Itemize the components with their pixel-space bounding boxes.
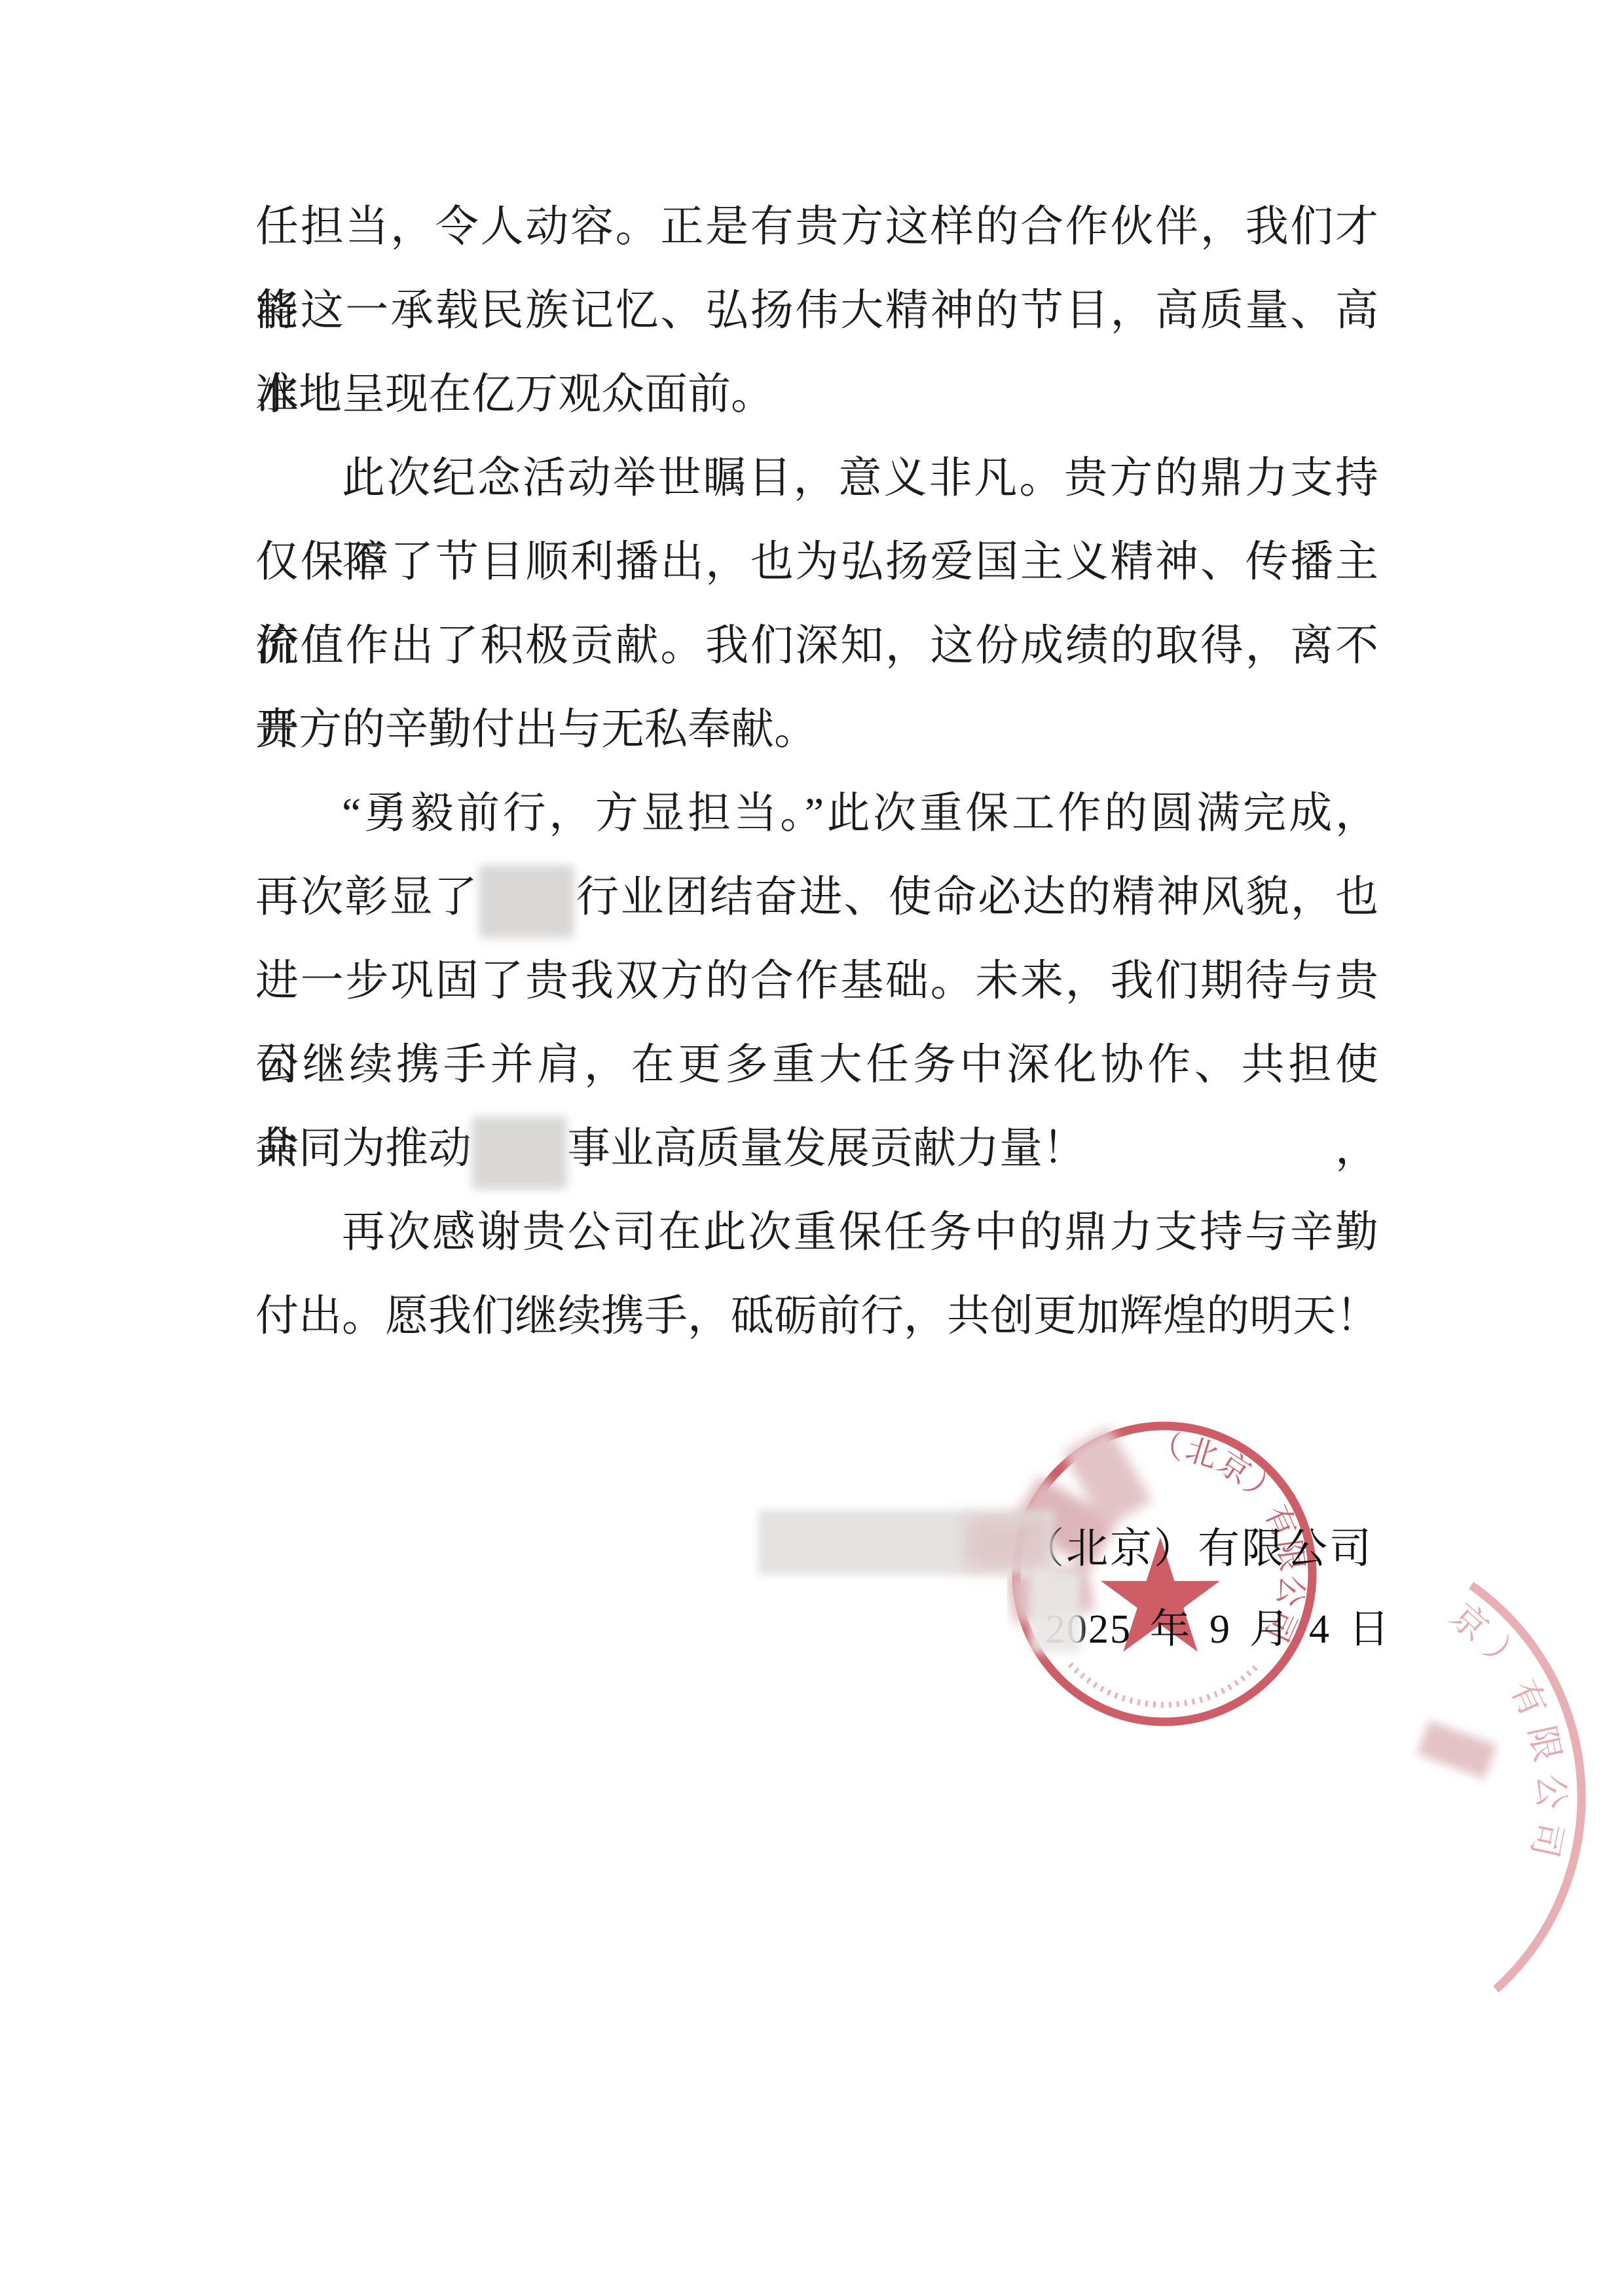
text-segment: 共同为推动 bbox=[255, 1125, 471, 1173]
text-segment: 行业团结奋进、使命必达的精神风貌，也 bbox=[574, 873, 1378, 921]
text-line: 共同为推动事业高质量发展贡献力量！ bbox=[255, 1107, 1378, 1191]
text-segment: 再次彰显了 bbox=[255, 873, 479, 921]
blurred-stamp-ink bbox=[965, 1515, 1050, 1570]
text-line: 再次彰显了行业团结奋进、使命必达的精神风貌，也 bbox=[255, 856, 1378, 939]
letter-body: 任担当，令人动容。正是有贵方这样的合作伙伴，我们才能将这一承载民族记忆、弘扬伟大… bbox=[255, 185, 1378, 1358]
corner-seal-redaction-blur bbox=[1417, 1721, 1497, 1779]
date-redaction-blur bbox=[1029, 1571, 1080, 1653]
text-line: 仅保障了节目顺利播出，也为弘扬爱国主义精神、传播主流 bbox=[255, 520, 1378, 604]
text-line: 付出。愿我们继续携手，砥砺前行，共创更加辉煌的明天！ bbox=[255, 1275, 1378, 1358]
text-line: 进一步巩固了贵我双方的合作基础。未来，我们期待与贵公 bbox=[255, 939, 1378, 1023]
text-line: 任担当，令人动容。正是有贵方这样的合作伙伴，我们才能 bbox=[255, 185, 1378, 269]
text-line: “勇毅前行，方显担当。”此次重保工作的圆满完成， bbox=[255, 772, 1378, 856]
text-line: 再次感谢贵公司在此次重保任务中的鼎力支持与辛勤 bbox=[255, 1191, 1378, 1275]
text-line: 贵方的辛勤付出与无私奉献。 bbox=[255, 688, 1378, 772]
text-segment: 事业高质量发展贡献力量！ bbox=[567, 1125, 1086, 1173]
text-line: 此次纪念活动举世瞩目，意义非凡。贵方的鼎力支持不 bbox=[255, 437, 1378, 520]
scanned-letter-page: 任担当，令人动容。正是有贵方这样的合作伙伴，我们才能将这一承载民族记忆、弘扬伟大… bbox=[0, 0, 1624, 2296]
text-line: 价值作出了积极贡献。我们深知，这份成绩的取得，离不开 bbox=[255, 604, 1378, 688]
signature-redaction-blur bbox=[758, 1510, 1054, 1575]
inline-redaction-blur bbox=[479, 865, 574, 938]
signature-company-line: （北京）有限公司 bbox=[1022, 1515, 1373, 1575]
text-line: 将这一承载民族记忆、弘扬伟大精神的节目，高质量、高水 bbox=[255, 269, 1378, 353]
signature-date-line: 2025 年 9 月 4 日 bbox=[1045, 1596, 1391, 1654]
inline-redaction-blur bbox=[471, 1116, 567, 1190]
text-line: 准地呈现在亿万观众面前。 bbox=[255, 353, 1378, 437]
text-line: 司继续携手并肩，在更多重大任务中深化协作、共担使命， bbox=[255, 1023, 1378, 1107]
seal-serial-dots bbox=[1070, 1664, 1259, 1705]
